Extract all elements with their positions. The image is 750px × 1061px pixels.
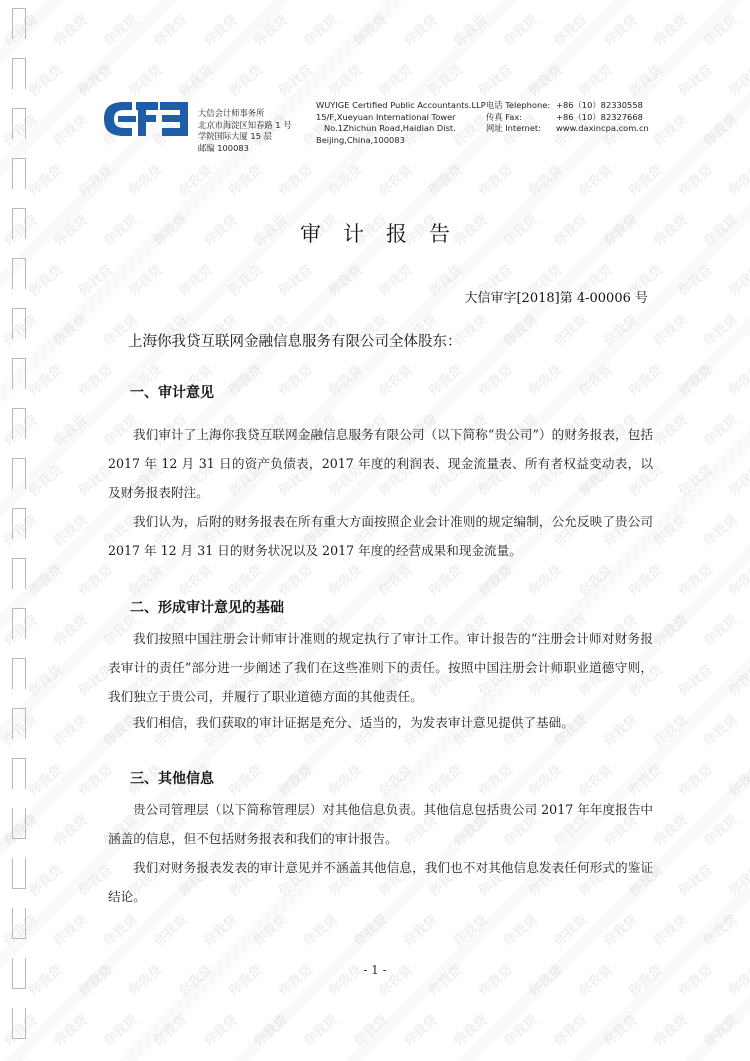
watermark-text: 你我贷 — [323, 60, 365, 100]
watermark-text: 你我贷 — [223, 560, 265, 600]
watermark-text: 你我贷 — [323, 560, 365, 600]
watermark-text: 你我贷 — [23, 160, 65, 200]
binding-hole-mark — [12, 308, 26, 339]
watermark-text: 你我贷 — [48, 710, 90, 750]
watermark-text: 你我贷 — [673, 660, 715, 700]
paragraph: 贵公司管理层（以下简称管理层）对其他信息负责。其他信息包括贵公司 2017 年年… — [108, 795, 653, 853]
watermark-text: 你我贷 — [698, 1010, 740, 1050]
contact-value: www.daxincpa.com.cn — [556, 123, 649, 135]
section-heading-other-info: 三、其他信息 — [130, 768, 214, 788]
watermark-text: 你我贷 — [623, 560, 665, 600]
address-line-en: 15/F,Xueyuan International Tower — [316, 112, 486, 124]
watermark-text: 你我贷 — [723, 60, 750, 100]
watermark-text: 你我贷 — [698, 310, 740, 350]
watermark-text: 你我贷 — [673, 260, 715, 300]
watermark-text: 你我贷 — [23, 560, 65, 600]
watermark-text: 你我贷 — [148, 910, 190, 950]
watermark-text: 你我贷 — [598, 10, 640, 50]
watermark-text: 你我贷 — [423, 560, 465, 600]
watermark-text: 你我贷 — [248, 1010, 290, 1050]
watermark-text: 你我贷 — [723, 560, 750, 600]
watermark-text: 你我贷 — [698, 910, 740, 950]
watermark-text: 你我贷 — [573, 760, 615, 800]
paragraph: 我们认为，后附的财务报表在所有重大方面按照企业会计准则的规定编制，公允反映了贵公… — [108, 507, 653, 565]
watermark-text: 你我贷 — [323, 760, 365, 800]
postcode-cn: 邮编 100083 — [198, 143, 292, 155]
binding-hole-mark — [12, 558, 26, 589]
watermark-text: 你我贷 — [398, 10, 440, 50]
watermark-text: 你我贷 — [98, 10, 140, 50]
binding-hole-mark — [12, 58, 26, 89]
contact-label: 电话 Telephone: — [486, 100, 556, 112]
binding-hole-mark — [12, 758, 26, 789]
watermark-text: 你我贷 — [498, 910, 540, 950]
binding-hole-mark — [12, 408, 26, 439]
binding-hole-mark — [12, 508, 26, 539]
letterhead-contacts: 电话 Telephone: +86（10）82330558 传真 Fax: +8… — [486, 100, 649, 135]
watermark-text: 你我贷 — [73, 260, 115, 300]
watermark-text: 你我贷 — [23, 260, 65, 300]
watermark-text: 你我贷 — [423, 60, 465, 100]
watermark-text: 你我贷 — [323, 360, 365, 400]
watermark-text: 你我贷 — [273, 560, 315, 600]
watermark-text: 你我贷 — [598, 910, 640, 950]
watermark-text: 你我贷 — [698, 410, 740, 450]
watermark-text: 你我贷 — [673, 160, 715, 200]
watermark-text: 你我贷 — [698, 610, 740, 650]
watermark-text: 你我贷 — [648, 810, 690, 850]
watermark-text: 你我贷 — [523, 60, 565, 100]
watermark-text: 你我贷 — [348, 10, 390, 50]
watermark-text: 你我贷 — [498, 10, 540, 50]
watermark-text: 你我贷 — [298, 1010, 340, 1050]
watermark-text: 你我贷 — [173, 260, 215, 300]
watermark-text: 你我贷 — [723, 660, 750, 700]
watermark-text: 你我贷 — [423, 760, 465, 800]
watermark-text: 你我贷 — [648, 710, 690, 750]
watermark-text: 你我贷 — [198, 910, 240, 950]
watermark-text: 你我贷 — [648, 410, 690, 450]
section-heading-basis: 二、形成审计意见的基础 — [130, 597, 284, 617]
watermark-text: 你我贷 — [698, 10, 740, 50]
watermark-text: 你我贷 — [298, 10, 340, 50]
watermark-text: 你我贷 — [448, 910, 490, 950]
watermark-text: 你我贷 — [98, 1010, 140, 1050]
report-number: 大信审字[2018]第 4-00006 号 — [464, 287, 648, 306]
watermark-text: 你我贷 — [648, 510, 690, 550]
contact-label: 传真 Fax: — [486, 112, 556, 124]
binding-hole-mark — [12, 158, 26, 189]
watermark-text: 你我贷 — [648, 110, 690, 150]
watermark-text: 你我贷 — [73, 360, 115, 400]
watermark-text: 你我贷 — [223, 360, 265, 400]
watermark-text: 你我贷 — [198, 1010, 240, 1050]
watermark-text: 你我贷 — [698, 110, 740, 150]
address-line-cn: 北京市海淀区知春路 1 号 — [198, 120, 292, 132]
cpa-logo-icon — [102, 100, 192, 138]
watermark-text: 你我贷 — [698, 510, 740, 550]
binding-hole-mark — [12, 658, 26, 689]
watermark-text: 你我贷 — [398, 910, 440, 950]
address-line-en: No.1Zhichun Road,Haidian Dist. — [316, 123, 486, 135]
binding-hole-mark — [12, 258, 26, 289]
watermark-text: 你我贷 — [723, 760, 750, 800]
address-line-cn: 学院国际大厦 15 层 — [198, 131, 292, 143]
watermark-text: 你我贷 — [723, 860, 750, 900]
address-line-en: Beijing,China,100083 — [316, 135, 486, 147]
watermark-text: 你我贷 — [548, 310, 590, 350]
binding-hole-mark — [12, 108, 26, 139]
watermark-text: 你我贷 — [673, 460, 715, 500]
watermark-text: 你我贷 — [23, 360, 65, 400]
watermark-text: 你我贷 — [523, 760, 565, 800]
letterhead: 大信会计师事务所 北京市海淀区知春路 1 号 学院国际大厦 15 层 邮编 10… — [102, 98, 650, 168]
contact-telephone: 电话 Telephone: +86（10）82330558 — [486, 100, 649, 112]
watermark-text: 你我贷 — [223, 760, 265, 800]
paragraph: 我们按照中国注册会计师审计准则的规定执行了审计工作。审计报告的“注册会计师对财务… — [108, 624, 653, 711]
watermark-text: 你我贷 — [548, 910, 590, 950]
binding-hole-mark — [12, 608, 26, 639]
watermark-text: 你我贷 — [498, 1010, 540, 1050]
watermark-text: 你我贷 — [523, 560, 565, 600]
watermark-text: 你我贷 — [648, 10, 690, 50]
watermark-text: 你我贷 — [48, 810, 90, 850]
watermark-text: 你我贷 — [598, 1010, 640, 1050]
watermark-text: 你我贷 — [48, 10, 90, 50]
paragraph: 我们相信，我们获取的审计证据是充分、适当的，为发表审计意见提供了基础。 — [108, 708, 653, 737]
binding-hole-mark — [12, 358, 26, 389]
watermark-text: 你我贷 — [323, 260, 365, 300]
watermark-text: 你我贷 — [448, 10, 490, 50]
watermark-text: 你我贷 — [423, 260, 465, 300]
watermark-text: 你我贷 — [73, 560, 115, 600]
binding-hole-mark — [12, 908, 26, 939]
watermark-text: 你我贷 — [498, 310, 540, 350]
watermark-text: 你我贷 — [573, 60, 615, 100]
watermark-text: 你我贷 — [473, 760, 515, 800]
watermark-text: 你我贷 — [373, 60, 415, 100]
contact-value: +86（10）82327668 — [556, 112, 643, 124]
contact-value: +86（10）82330558 — [556, 100, 643, 112]
watermark-text: 你我贷 — [98, 910, 140, 950]
paragraph: 我们审计了上海你我贷互联网金融信息服务有限公司（以下简称“贵公司”）的财务报表，… — [108, 420, 653, 507]
firm-name-en: WUYIGE Certified Public Accountants.LLP — [316, 100, 486, 112]
watermark-text: 你我贷 — [223, 60, 265, 100]
paragraph: 我们对财务报表发表的审计意见并不涵盖其他信息，我们也不对其他信息发表任何形式的鉴… — [108, 853, 653, 911]
watermark-text: 你我贷 — [23, 860, 65, 900]
watermark-text: 你我贷 — [373, 560, 415, 600]
watermark-text: 你我贷 — [648, 310, 690, 350]
watermark-text: 你我贷 — [648, 1010, 690, 1050]
contact-label: 网址 Internet: — [486, 123, 556, 135]
binding-hole-mark — [12, 458, 26, 489]
watermark-text: 你我贷 — [123, 260, 165, 300]
watermark-text: 你我贷 — [698, 710, 740, 750]
watermark-text: 你我贷 — [548, 10, 590, 50]
watermark-text: 你我贷 — [373, 760, 415, 800]
watermark-text: 你我贷 — [473, 60, 515, 100]
binding-hole-mark — [12, 808, 26, 839]
firm-name-cn: 大信会计师事务所 — [198, 108, 292, 120]
watermark-text: 你我贷 — [273, 260, 315, 300]
watermark-text: 你我贷 — [348, 910, 390, 950]
watermark-text: 你我贷 — [648, 910, 690, 950]
watermark-text: 你我贷 — [48, 110, 90, 150]
binding-hole-mark — [12, 858, 26, 889]
watermark-text: 你我贷 — [298, 910, 340, 950]
watermark-text: 你我贷 — [273, 360, 315, 400]
section-heading-audit-opinion: 一、审计意见 — [130, 382, 214, 402]
watermark-text: 你我贷 — [673, 560, 715, 600]
document-title: 审计报告 — [0, 218, 750, 248]
watermark-text: 你我贷 — [723, 160, 750, 200]
watermark-text: 你我贷 — [448, 1010, 490, 1050]
watermark-text: 你我贷 — [473, 360, 515, 400]
contact-internet: 网址 Internet: www.daxincpa.com.cn — [486, 123, 649, 135]
watermark-text: 你我贷 — [23, 460, 65, 500]
binding-hole-mark — [12, 1008, 26, 1039]
watermark-text: 你我贷 — [598, 310, 640, 350]
watermark-text: 你我贷 — [548, 1010, 590, 1050]
watermark-text: 你我贷 — [148, 10, 190, 50]
watermark-text: 你我贷 — [398, 1010, 440, 1050]
watermark-text: 你我贷 — [248, 10, 290, 50]
watermark-text: 你我贷 — [673, 760, 715, 800]
watermark-text: 你我贷 — [623, 360, 665, 400]
watermark-text: 你我贷 — [48, 310, 90, 350]
watermark-text: 你我贷 — [723, 460, 750, 500]
contact-fax: 传真 Fax: +86（10）82327668 — [486, 112, 649, 124]
watermark-text: 你我贷 — [623, 760, 665, 800]
watermark-text: 你我贷 — [423, 360, 465, 400]
watermark-text: 你我贷 — [223, 260, 265, 300]
watermark-text: 你我贷 — [48, 1010, 90, 1050]
watermark-text: 你我贷 — [173, 560, 215, 600]
watermark-text: 你我贷 — [723, 360, 750, 400]
watermark-text: 你我贷 — [523, 360, 565, 400]
watermark-text: 你我贷 — [373, 360, 415, 400]
watermark-text: 你我贷 — [573, 560, 615, 600]
watermark-text: 你我贷 — [48, 910, 90, 950]
watermark-text: 你我贷 — [673, 360, 715, 400]
watermark-text: 你我贷 — [723, 260, 750, 300]
letterhead-cn-address: 大信会计师事务所 北京市海淀区知春路 1 号 学院国际大厦 15 层 邮编 10… — [198, 108, 292, 155]
letterhead-en-address: WUYIGE Certified Public Accountants.LLP … — [316, 100, 486, 147]
watermark-text: 你我贷 — [273, 60, 315, 100]
watermark-text: 你我贷 — [648, 610, 690, 650]
watermark-text: 你我贷 — [48, 610, 90, 650]
watermark-text: 你我贷 — [48, 510, 90, 550]
binding-hole-mark — [12, 708, 26, 739]
watermark-text: 你我贷 — [248, 910, 290, 950]
watermark-text: 你我贷 — [73, 760, 115, 800]
watermark-text: 你我贷 — [348, 1010, 390, 1050]
watermark-text: 你我贷 — [123, 60, 165, 100]
watermark-text: 你我贷 — [673, 60, 715, 100]
watermark-text: 你我贷 — [473, 560, 515, 600]
watermark-text: 你我贷 — [48, 410, 90, 450]
watermark-text: 你我贷 — [173, 60, 215, 100]
watermark-text: 你我贷 — [123, 560, 165, 600]
binding-hole-mark — [12, 8, 26, 39]
watermark-text: 你我贷 — [273, 760, 315, 800]
watermark-text: 你我贷 — [198, 10, 240, 50]
watermark-text: 你我贷 — [373, 260, 415, 300]
addressee: 上海你我贷互联网金融信息服务有限公司全体股东： — [128, 330, 462, 351]
page-number: - 1 - — [0, 963, 750, 977]
watermark-text: 你我贷 — [23, 60, 65, 100]
watermark-text: 你我贷 — [23, 660, 65, 700]
watermark-text: 你我贷 — [73, 60, 115, 100]
watermark-text: 你我贷 — [623, 60, 665, 100]
watermark-text: 你我贷 — [698, 810, 740, 850]
watermark-text: 你我贷 — [573, 360, 615, 400]
watermark-text: 你我贷 — [673, 860, 715, 900]
watermark-text: 你我贷 — [148, 1010, 190, 1050]
watermark-text: 你我贷 — [23, 760, 65, 800]
